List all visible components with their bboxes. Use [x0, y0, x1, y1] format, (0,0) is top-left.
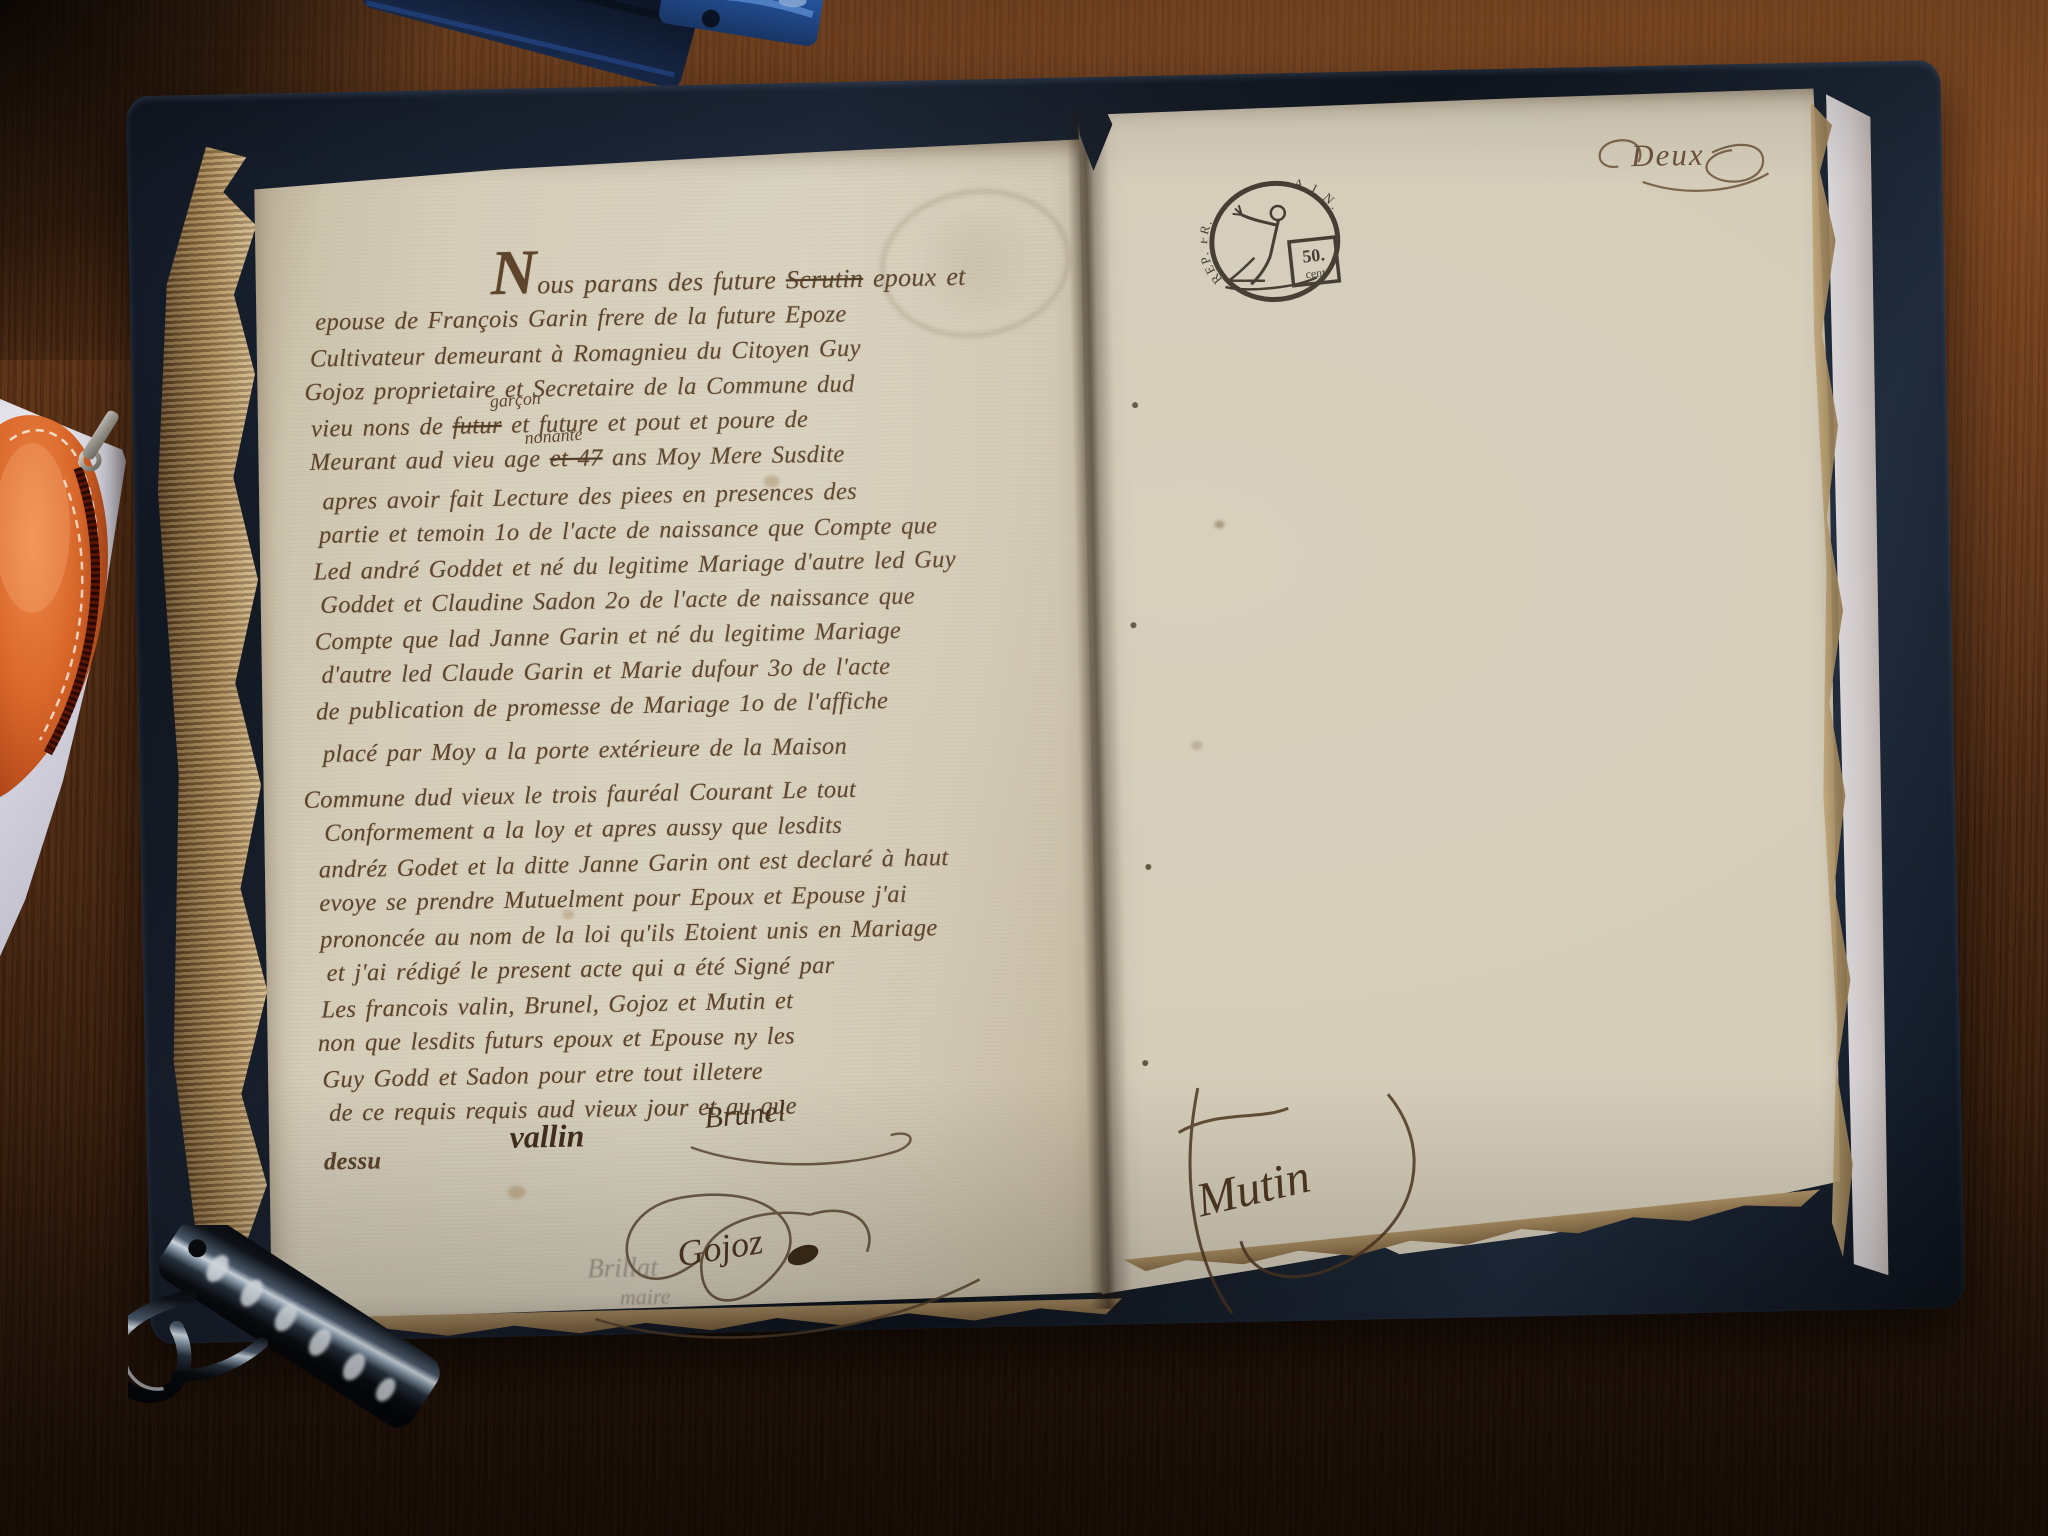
- age-spot: [1191, 741, 1203, 750]
- stitch-hole: [1145, 864, 1151, 870]
- photo-scene: Nous parans des future Scrutin epoux ete…: [0, 0, 2048, 1536]
- page-number-deux: Deux: [1631, 137, 1705, 174]
- blue-clip-left: [360, 0, 709, 90]
- stamp-value: 50.: [1301, 244, 1326, 266]
- signature-gojoz-group: Gojoz Brillat maire: [547, 1159, 1021, 1358]
- stamp-right-arc-text: A I N.: [1291, 170, 1345, 218]
- binder-clip: [128, 1225, 528, 1536]
- register-book: Nous parans des future Scrutin epoux ete…: [126, 60, 1966, 1344]
- stamp-unit: cent: [1305, 265, 1327, 281]
- revenue-stamp: REP. FR. A I N. 50. cent: [1199, 170, 1358, 319]
- left-page: Nous parans des future Scrutin epoux ete…: [247, 139, 1115, 1321]
- stitch-hole: [1132, 402, 1138, 408]
- insertion-garcon: garçon: [489, 388, 541, 413]
- signature-vallin: vallin: [509, 1117, 584, 1155]
- age-spot: [508, 1186, 526, 1199]
- insertion-nonante: nonante: [524, 424, 583, 449]
- manuscript-line: placé par Moy a la porte extérieure de l…: [323, 725, 1089, 772]
- leather-pouch: [0, 398, 138, 812]
- stitch-hole: [1130, 622, 1136, 628]
- bleedthrough-title: maire: [620, 1284, 671, 1311]
- manuscript-text: Nous parans des future Scrutin epoux ete…: [308, 252, 1090, 1185]
- age-spot: [1214, 520, 1224, 528]
- bleedthrough-name: Brillat: [587, 1252, 658, 1284]
- signature-mutin-group: Mutin: [1135, 1065, 1450, 1341]
- stitch-hole: [1142, 1060, 1148, 1066]
- zipper-pull: [81, 409, 121, 462]
